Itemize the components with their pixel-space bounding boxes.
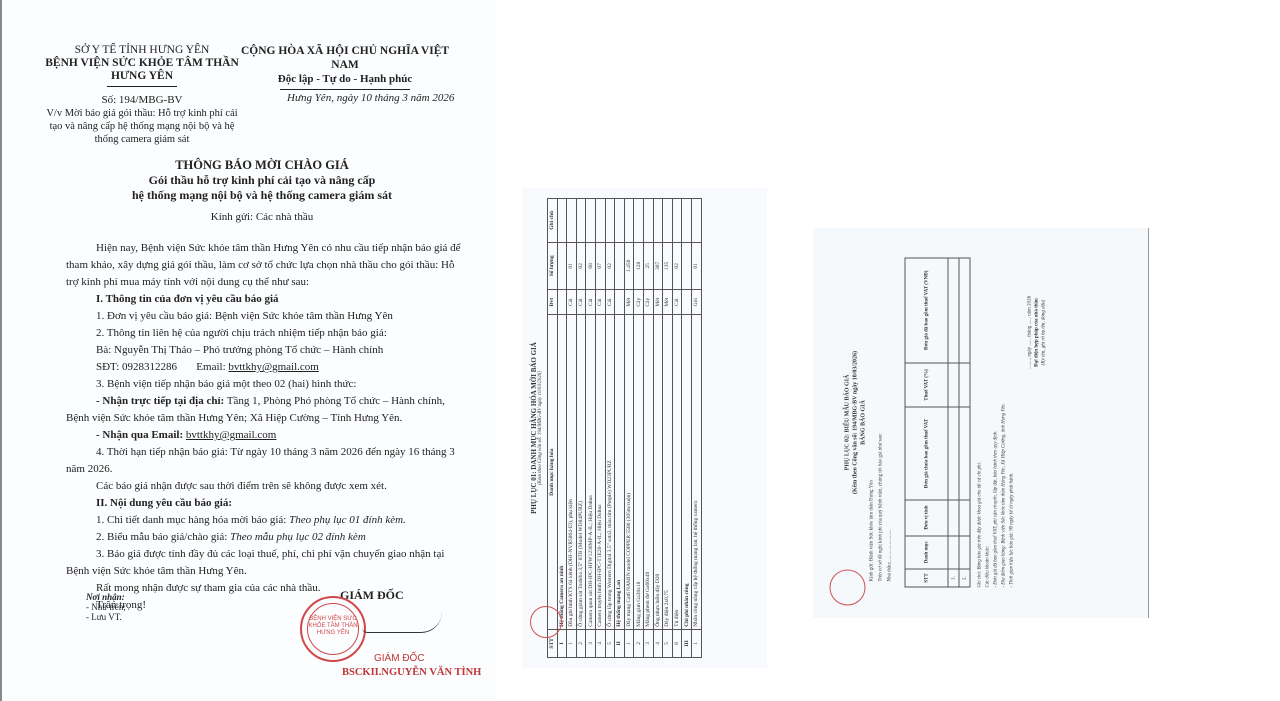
email-method-label: - Nhận qua Email: [96, 429, 183, 441]
note-line: - Thời gian hiệu lực báo giá: 90 ngày kể… [1009, 248, 1017, 588]
national-motto: Độc lập - Tự do - Hạnh phúc [230, 72, 460, 86]
appendix-02-subtitle: (Kèm theo Công văn số: 194/MBG-BV ngày 1… [852, 228, 860, 618]
note-line: Ghi chú: Bảng báo giá trên đây được khoa… [977, 248, 985, 588]
item-quantity: 08 [586, 242, 596, 289]
goods-list-table: STTDanh mục hàng hóaĐvtSố lượngGhi chú I… [547, 198, 702, 658]
row-number: 5 [663, 629, 673, 657]
appendix-stamp-icon [530, 606, 562, 638]
table-cell [959, 407, 970, 499]
row-number: II [615, 629, 625, 657]
requirement-1-value: Theo phụ lục 01 đính kèm. [289, 514, 406, 526]
table-row: 5Ổ cứng lắp trong Western Digital 3.5" s… [605, 199, 615, 658]
item-quantity [682, 242, 692, 289]
table-row: IHệ thống Camera an ninh [557, 199, 567, 658]
column-header: STT [905, 569, 948, 587]
item-unit: Cái [567, 290, 577, 315]
item-note [643, 199, 653, 243]
note-line: - Địa điểm giao hàng: Bệnh viện Sức khỏe… [1001, 248, 1009, 588]
recipients-label: Nơi nhận: [86, 592, 126, 602]
table-cell [948, 536, 959, 570]
row-number: 2 [576, 629, 586, 657]
item-note [663, 199, 673, 243]
column-header: Danh mục hàng hóa [548, 315, 558, 629]
table-body: 1.2. [948, 258, 970, 587]
submission-deadline: 4. Thời hạn tiếp nhận báo giá: Từ ngày 1… [66, 444, 466, 478]
official-stamp-icon: BỆNH VIỆN SỨC KHỎE TÂM THẦN HƯNG YÊN [300, 596, 366, 662]
note-line: Các điều khoản khác: [985, 248, 993, 588]
table-cell [959, 258, 970, 363]
form-notes: Ghi chú: Bảng báo giá trên đây được khoa… [977, 248, 1017, 588]
table-cell [948, 258, 959, 363]
row-number: 3 [586, 629, 596, 657]
table-cell: 1. [948, 569, 959, 587]
table-header-row: STTDanh mụcĐơn vị tínhĐơn giá chưa bao g… [905, 258, 948, 587]
row-number: 5 [605, 629, 615, 657]
table-cell [948, 363, 959, 408]
row-number: 4 [595, 629, 605, 657]
intro-paragraph: Hiện nay, Bệnh viện Sức khỏe tâm thần Hư… [66, 240, 466, 291]
contact-info-heading: 2. Thông tin liên hệ của người chịu trác… [66, 325, 466, 342]
table-body: IHệ thống Camera an ninh1Đầu ghi hình KT… [557, 199, 701, 658]
item-note [672, 199, 682, 243]
issuer-header: SỞ Y TẾ TỈNH HƯNG YÊN BỆNH VIỆN SỨC KHỎE… [42, 44, 242, 146]
table-cell [948, 407, 959, 499]
item-note [557, 199, 567, 243]
contact-line: SĐT: 0928312286 Email: bvttkhy@gmail.com [66, 359, 466, 376]
row-number: 6 [672, 629, 682, 657]
item-note [595, 199, 605, 243]
column-header: Ghi chú [548, 199, 558, 243]
item-quantity: 01 [567, 242, 577, 289]
letter-body: Hiện nay, Bệnh viện Sức khỏe tâm thần Hư… [66, 240, 466, 614]
issue-date: Hưng Yên, ngày 10 tháng 3 năm 2026 [287, 92, 454, 104]
item-unit [557, 290, 567, 315]
item-quantity: 02 [672, 242, 682, 289]
table-row: 2Ổ cứng giám sát Toshiba 3,5" 8TB (Model… [576, 199, 586, 658]
item-name: Hệ thống Camera an ninh [557, 315, 567, 629]
item-unit: Cái [586, 290, 596, 315]
notice-title-line3: hệ thống mạng nội bộ và hệ thống camera … [62, 188, 462, 203]
footer-role: Đại diện hợp pháp của nhà thầu [1034, 228, 1041, 438]
table-cell [959, 500, 970, 536]
table-row: IIIChi phí nhân công [682, 199, 692, 658]
notice-title-line2: Gói thầu hỗ trợ kinh phí cải tạo và nâng… [62, 173, 462, 188]
row-number: 1 [624, 629, 634, 657]
table-cell: 2. [959, 569, 970, 587]
item-name: Ổ cứng giám sát Toshiba 3,5" 8TB (Model … [576, 315, 586, 629]
column-header: Đơn giá đã bao gồm thuế VAT (VNĐ) [905, 258, 948, 363]
row-number: 1 [567, 629, 577, 657]
salutation: Kính gửi: Các nhà thầu [62, 211, 462, 223]
table-cell [959, 536, 970, 570]
item-quantity: 02 [605, 242, 615, 289]
requirement-1-label: 1. Chi tiết danh mục hàng hóa mời báo gi… [96, 514, 289, 526]
appendix-02-title: PHỤ LỤC 02: BIỂU MẪU BÁO GIÁ [844, 228, 852, 618]
item-unit: Mét [624, 290, 634, 315]
table-cell [948, 500, 959, 536]
notice-title-main: THÔNG BÁO MỜI CHÀO GIÁ [62, 158, 462, 173]
item-unit: Cái [576, 290, 586, 315]
item-unit [615, 290, 625, 315]
recipients-block: Nơi nhận: - Như trên; - Lưu VT. [86, 592, 126, 622]
email-label: Email: [196, 361, 228, 373]
item-quantity: 07 [595, 242, 605, 289]
table-row: 3Camera quan sát DH-IPC-HFW1230MP-A-IL; … [586, 199, 596, 658]
note-line: - Đơn giá đã bao gồm thuế VAT, phí vận c… [993, 248, 1001, 588]
phone-number: SĐT: 0928312286 [96, 361, 177, 373]
item-name: Dây điện 2x0,75 [663, 315, 673, 629]
footer-note: (Ký tên, ghi rõ họ tên, đóng dấu) [1041, 228, 1048, 438]
item-unit [682, 290, 692, 315]
table-row: 4Ống nhựa luồn dây D20Mét307 [653, 199, 663, 658]
table-row: 1Dây mạng Cat6 NAMIN model COPPER 5566 (… [624, 199, 634, 658]
table-row: 4Camera truyền hình DH-IPC-T1E20-A-IL; H… [595, 199, 605, 658]
row-number: III [682, 629, 692, 657]
item-quantity [615, 242, 625, 289]
appendix-01-content: PHỤ LỤC 01: DANH MỤC HÀNG HÓA MỜI BÁO GI… [522, 188, 762, 668]
column-header: Số lượng [548, 242, 558, 289]
requirement-1: 1. Chi tiết danh mục hàng hóa mời báo gi… [66, 512, 466, 529]
department-name: SỞ Y TẾ TỈNH HƯNG YÊN [42, 44, 242, 57]
signer-role: GIÁM ĐỐC [374, 653, 425, 664]
motto-divider [280, 89, 410, 90]
table-row: 2Măng gàm Ga38x18Cây128 [634, 199, 644, 658]
quote-form-table: STTDanh mụcĐơn vị tínhĐơn giá chưa bao g… [905, 258, 971, 588]
requirement-2: 2. Biểu mẫu báo giá/chào giá: Theo mẫu p… [66, 529, 466, 546]
appendix-01-title: PHỤ LỤC 01: DANH MỤC HÀNG HÓA MỜI BÁO GI… [530, 188, 538, 668]
document-subject: V/v Mời báo giá gói thầu: Hỗ trợ kinh ph… [42, 107, 242, 146]
table-row: 3Măng phem đơ Ga60x40Cây25 [643, 199, 653, 658]
appendix-01-page: PHỤ LỤC 01: DANH MỤC HÀNG HÓA MỜI BÁO GI… [522, 188, 767, 668]
requirement-2-value: Theo mẫu phụ lục 02 đính kèm [230, 531, 366, 543]
item-quantity: 01 [691, 242, 701, 289]
item-quantity: 128 [634, 242, 644, 289]
item-unit: Cái [605, 290, 615, 315]
table-cell [959, 363, 970, 408]
item-name: Nhân công nâng cấp hệ thống mạng lan, hệ… [691, 315, 701, 629]
direct-label: - Nhận trực tiếp tại địa chỉ: [96, 395, 224, 407]
submission-methods: 3. Bệnh viện tiếp nhận báo giá một theo … [66, 376, 466, 393]
form-intro: Trên cơ sở đề nghị kinh phí của quý bệnh… [877, 228, 886, 582]
item-note [586, 199, 596, 243]
header-divider [107, 86, 177, 87]
contact-person: Bà: Nguyễn Thị Thảo – Phó trưởng phòng T… [66, 342, 466, 359]
item-note [682, 199, 692, 243]
item-unit: Mét [663, 290, 673, 315]
footer-date: ........, ngày ...... tháng ...... năm 2… [1027, 228, 1034, 438]
item-name: Camera truyền hình DH-IPC-T1E20-A-IL; Hi… [595, 315, 605, 629]
item-unit: Mét [653, 290, 663, 315]
row-number: 1 [691, 629, 701, 657]
item-name: Chi phí nhân công [682, 315, 692, 629]
row-number: I [557, 629, 567, 657]
item-quantity: 1.450 [624, 242, 634, 289]
item-quantity: 135 [663, 242, 673, 289]
signature-icon [362, 612, 442, 633]
contact-email-link[interactable]: bvttkhy@gmail.com [228, 361, 318, 373]
item-quantity [557, 242, 567, 289]
invitation-letter-page: SỞ Y TẾ TỈNH HƯNG YÊN BỆNH VIỆN SỨC KHỎE… [0, 0, 495, 701]
item-note [605, 199, 615, 243]
appendix-02-heading: PHỤ LỤC 02: BIỂU MẪU BÁO GIÁ (Kèm theo C… [844, 228, 868, 618]
item-name: Hệ thống mạng Lan [615, 315, 625, 629]
table-header-row: STTDanh mục hàng hóaĐvtSố lượngGhi chú [548, 199, 558, 658]
item-name: Ổ cứng lắp trong Western Digital 3.5" sa… [605, 315, 615, 629]
vendor-field: Nhà thầu:.......................... [886, 228, 895, 582]
item-note [567, 199, 577, 243]
document-number: Số: 194/MBG-BV [42, 94, 242, 107]
table-row: 1. [948, 258, 959, 587]
requesting-unit: 1. Đơn vị yêu cầu báo giá: Bệnh viện Sức… [66, 308, 466, 325]
row-number: 2 [634, 629, 644, 657]
recipient-item: - Như trên; [86, 602, 126, 612]
item-name: Măng phem đơ Ga60x40 [643, 315, 653, 629]
item-quantity: 02 [576, 242, 586, 289]
item-note [624, 199, 634, 243]
table-row: 1Nhân công nâng cấp hệ thống mạng lan, h… [691, 199, 701, 658]
appendix-02-page: PHỤ LỤC 02: BIỂU MẪU BÁO GIÁ (Kèm theo C… [813, 228, 1149, 618]
table-row: 6Tủ điệnCái02 [672, 199, 682, 658]
appendix-02-content: PHỤ LỤC 02: BIỂU MẪU BÁO GIÁ (Kèm theo C… [814, 228, 1149, 618]
row-number: 4 [653, 629, 663, 657]
item-name: Tủ điện [672, 315, 682, 629]
requirement-2-label: 2. Biểu mẫu báo giá/chào giá: [96, 531, 230, 543]
appendix-01-subtitle: (Kèm theo Công văn số: 194/MBG-BV ngày 1… [538, 188, 543, 668]
form-addressee: Kính gửi: Bệnh viện Sức khỏe tâm thần Hư… [868, 228, 877, 582]
column-header: Danh mục [905, 536, 948, 570]
column-header: Đvt [548, 290, 558, 315]
requirement-3: 3. Báo giá được tính đầy đủ các loại thu… [66, 546, 466, 580]
item-note [615, 199, 625, 243]
item-unit: Cây [634, 290, 644, 315]
item-quantity: 25 [643, 242, 653, 289]
item-quantity: 307 [653, 242, 663, 289]
row-number: 3 [643, 629, 653, 657]
national-header: CỘNG HÒA XÃ HỘI CHỦ NGHĨA VIỆT NAM Độc l… [230, 44, 460, 90]
table-row: 2. [959, 258, 970, 587]
item-unit: Cái [595, 290, 605, 315]
table-row: 1Đầu ghi hình KTS 64 kênh (DHI-NVR5864-E… [567, 199, 577, 658]
item-note [576, 199, 586, 243]
direct-submission: - Nhận trực tiếp tại địa chỉ: Tầng 1, Ph… [66, 393, 466, 427]
column-header: Đơn giá chưa bao gồm thuế VAT [905, 407, 948, 499]
item-note [653, 199, 663, 243]
section-2-heading: II. Nội dung yêu cầu báo giá: [66, 495, 466, 512]
item-name: Măng gàm Ga38x18 [634, 315, 644, 629]
item-unit: Gói [691, 290, 701, 315]
late-submission-note: Các báo giá nhận được sau thời điểm trên… [66, 478, 466, 495]
notice-title: THÔNG BÁO MỜI CHÀO GIÁ Gói thầu hỗ trợ k… [62, 158, 462, 203]
column-header: Đơn vị tính [905, 500, 948, 536]
item-name: Ống nhựa luồn dây D20 [653, 315, 663, 629]
item-name: Dây mạng Cat6 NAMIN model COPPER 5566 (3… [624, 315, 634, 629]
hospital-name: BỆNH VIỆN SỨC KHỎE TÂM THẦN HƯNG YÊN [42, 57, 242, 83]
item-unit: Cái [672, 290, 682, 315]
item-note [691, 199, 701, 243]
recipient-item: - Lưu VT. [86, 612, 126, 622]
table-row: 5Dây điện 2x0,75Mét135 [663, 199, 673, 658]
closing-line: Rất mong nhận được sự tham gia của các n… [66, 580, 466, 597]
section-1-heading: I. Thông tin của đơn vị yêu cầu báo giá [66, 291, 466, 308]
item-note [634, 199, 644, 243]
appendix-stamp-icon [830, 570, 866, 606]
item-name: Camera quan sát DH-IPC-HFW1230MP-A-IL; H… [586, 315, 596, 629]
submission-email-link[interactable]: bvttkhy@gmail.com [186, 429, 276, 441]
signer-name: BSCKII.NGUYỄN VĂN TÌNH [342, 667, 481, 678]
email-submission: - Nhận qua Email: bvttkhy@gmail.com [66, 427, 466, 444]
form-footer: ........, ngày ...... tháng ...... năm 2… [1027, 228, 1048, 438]
column-header: Thuế VAT (%) [905, 363, 948, 408]
table-row: IIHệ thống mạng Lan [615, 199, 625, 658]
nation-title: CỘNG HÒA XÃ HỘI CHỦ NGHĨA VIỆT NAM [230, 44, 460, 72]
quote-form-title: BẢNG BÁO GIÁ [860, 228, 868, 618]
item-unit: Cây [643, 290, 653, 315]
item-name: Đầu ghi hình KTS 64 kênh (DHI-NVR5864-EI… [567, 315, 577, 629]
